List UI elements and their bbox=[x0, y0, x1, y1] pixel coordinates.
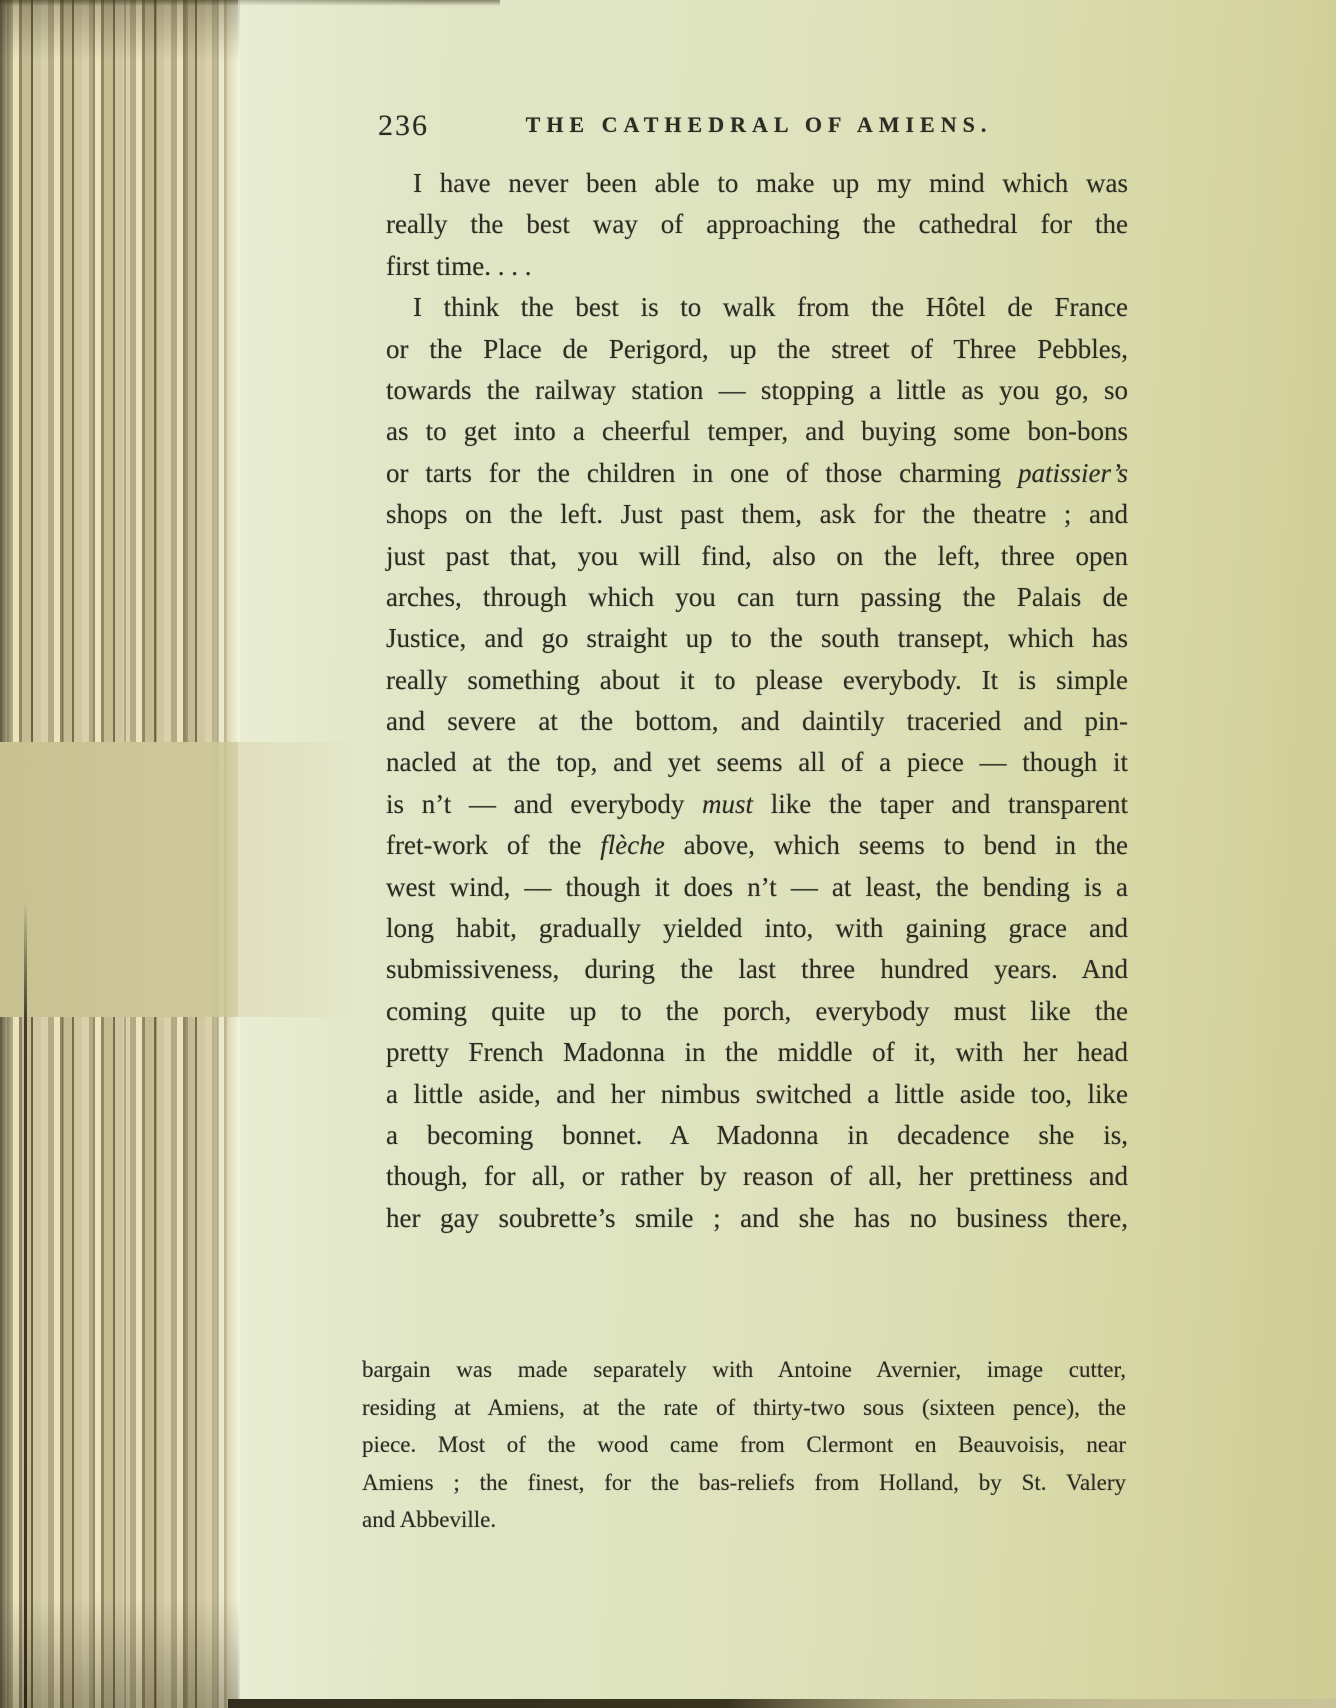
footnote-text: bargain was made separately with Antoine… bbox=[362, 1351, 1126, 1539]
text-run: is n’t — and everybody bbox=[386, 789, 702, 819]
text-line: a little aside, and her nimbus switched … bbox=[386, 1074, 1128, 1115]
text-line: fret-work of the flèche above, which see… bbox=[386, 825, 1128, 866]
text-line: just past that, you will find, also on t… bbox=[386, 536, 1128, 577]
text-run: or tarts for the children in one of thos… bbox=[386, 458, 1018, 488]
footnote-line: Amiens ; the finest, for the bas-reliefs… bbox=[362, 1464, 1126, 1502]
text-line: and severe at the bottom, and daintily t… bbox=[386, 701, 1128, 742]
text-line: I think the best is to walk from the Hôt… bbox=[386, 287, 1128, 328]
text-line: first time. . . . bbox=[386, 246, 1128, 287]
page-curl-shading bbox=[0, 742, 360, 1017]
text-line: nacled at the top, and yet seems all of … bbox=[386, 742, 1128, 783]
text-line: arches, through which you can turn passi… bbox=[386, 577, 1128, 618]
text-line: shops on the left. Just past them, ask f… bbox=[386, 494, 1128, 535]
footnote-line: residing at Amiens, at the rate of thirt… bbox=[362, 1389, 1126, 1427]
page-edge-crack-line bbox=[24, 900, 27, 1708]
italic-text-run: flèche bbox=[600, 830, 664, 860]
page-bottom-edge bbox=[228, 1699, 1336, 1708]
text-line: I have never been able to make up my min… bbox=[386, 163, 1128, 204]
running-header: THE CATHEDRAL OF AMIENS. bbox=[388, 112, 1130, 138]
text-line: west wind, — though it does n’t — at lea… bbox=[386, 867, 1128, 908]
text-line: pretty French Madonna in the middle of i… bbox=[386, 1032, 1128, 1073]
top-edge-shadow bbox=[0, 0, 500, 6]
text-line: really something about it to please ever… bbox=[386, 660, 1128, 701]
text-line: though, for all, or rather by reason of … bbox=[386, 1156, 1128, 1197]
body-text: I have never been able to make up my min… bbox=[386, 163, 1128, 1239]
text-line: long habit, gradually yielded into, with… bbox=[386, 908, 1128, 949]
text-line: as to get into a cheerful temper, and bu… bbox=[386, 411, 1128, 452]
text-run: like the taper and transparent bbox=[753, 789, 1128, 819]
footnote-line: bargain was made separately with Antoine… bbox=[362, 1351, 1126, 1389]
text-line: towards the railway station — stopping a… bbox=[386, 370, 1128, 411]
text-line: is n’t — and everybody must like the tap… bbox=[386, 784, 1128, 825]
text-line: coming quite up to the porch, everybody … bbox=[386, 991, 1128, 1032]
text-line: or the Place de Perigord, up the street … bbox=[386, 329, 1128, 370]
italic-text-run: must bbox=[702, 789, 753, 819]
text-line: really the best way of approaching the c… bbox=[386, 204, 1128, 245]
scanned-book-page: 236 THE CATHEDRAL OF AMIENS. I have neve… bbox=[0, 0, 1336, 1708]
text-line: her gay soubrette’s smile ; and she has … bbox=[386, 1198, 1128, 1239]
text-line: Justice, and go straight up to the south… bbox=[386, 618, 1128, 659]
footnote-line: piece. Most of the wood came from Clermo… bbox=[362, 1426, 1126, 1464]
text-run: above, which seems to bend in the bbox=[665, 830, 1128, 860]
footnote-line: and Abbeville. bbox=[362, 1501, 1126, 1539]
text-run: fret-work of the bbox=[386, 830, 600, 860]
text-line: a becoming bonnet. A Madonna in decadenc… bbox=[386, 1115, 1128, 1156]
italic-text-run: patissier’s bbox=[1018, 458, 1128, 488]
text-line: submissiveness, during the last three hu… bbox=[386, 949, 1128, 990]
text-line: or tarts for the children in one of thos… bbox=[386, 453, 1128, 494]
